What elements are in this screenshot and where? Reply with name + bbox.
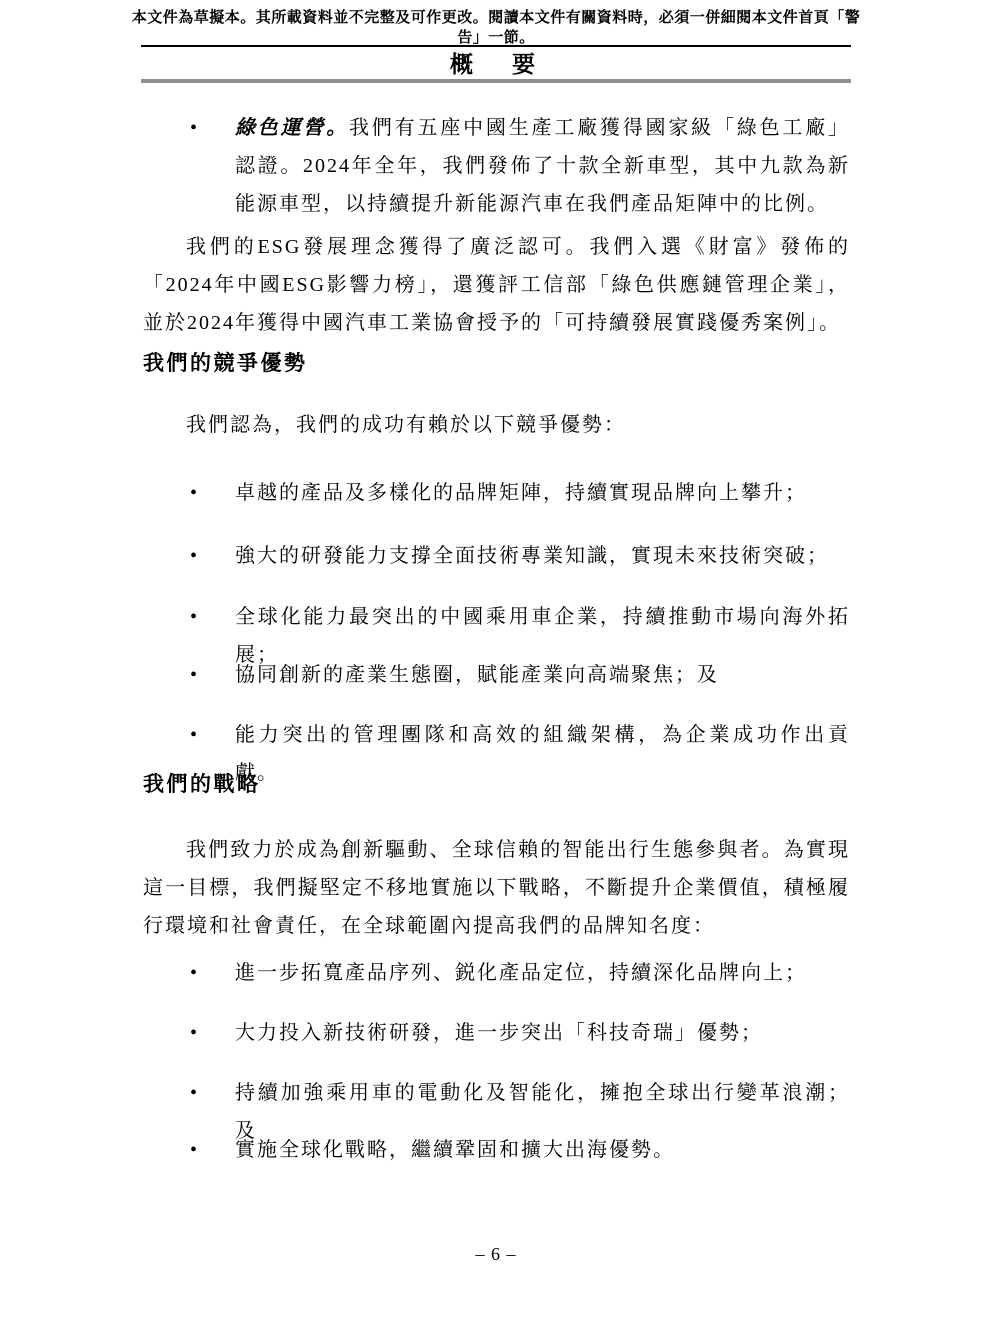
list-item-strategy-1: •進一步拓寬產品序列、鋭化產品定位，持續深化品牌向上； — [143, 954, 850, 992]
bullet-text-advantage-4: 協同創新的產業生態圈，賦能產業向高端聚焦；及 — [235, 664, 719, 686]
bullet-icon: • — [190, 109, 197, 147]
list-item-advantage-2: •強大的研發能力支撐全面技術專業知識，實現未來技術突破； — [143, 537, 850, 575]
bullet-icon: • — [190, 1014, 197, 1052]
bullet-icon: • — [190, 1074, 197, 1112]
bullet-icon: • — [190, 474, 197, 512]
list-item-advantage-1: •卓越的產品及多樣化的品牌矩陣，持續實現品牌向上攀升； — [143, 474, 850, 512]
strategy-intro-paragraph: 我們致力於成為創新驅動、全球信賴的智能出行生態參與者。為實現這一目標，我們擬堅定… — [143, 831, 850, 945]
header-rule-top — [141, 45, 851, 47]
page-title: 概 要 — [143, 51, 850, 78]
bullet-icon: • — [190, 1131, 197, 1169]
section-heading-advantages: 我們的競爭優勢 — [143, 350, 850, 377]
bullet-text-strategy-1: 進一步拓寬產品序列、鋭化產品定位，持續深化品牌向上； — [235, 962, 807, 984]
bullet-icon: • — [190, 716, 197, 754]
esg-paragraph: 我們的ESG發展理念獲得了廣泛認可。我們入選《財富》發佈的「2024年中國ESG… — [143, 228, 850, 342]
header-rule-bottom — [141, 79, 851, 83]
page-number: – 6 – — [0, 1243, 992, 1265]
document-page: 本文件為草擬本。其所載資料並不完整及可作更改。閱讀本文件有關資料時，必須一併細閱… — [0, 0, 992, 1323]
bullet-lead-green-operations: 綠色運營。 — [235, 117, 349, 139]
list-item-advantage-4: •協同創新的產業生態圈，賦能產業向高端聚焦；及 — [143, 656, 850, 694]
list-item-strategy-2: •大力投入新技術研發，進一步突出「科技奇瑞」優勢； — [143, 1014, 850, 1052]
bullet-icon: • — [190, 537, 197, 575]
list-item-green-operations: •綠色運營。我們有五座中國生產工廠獲得國家級「綠色工廠」認證。2024年全年，我… — [143, 109, 850, 223]
section-heading-strategy: 我們的戰略 — [143, 771, 850, 798]
bullet-icon: • — [190, 656, 197, 694]
bullet-icon: • — [190, 598, 197, 636]
bullet-text-advantage-1: 卓越的產品及多樣化的品牌矩陣，持續實現品牌向上攀升； — [235, 482, 807, 504]
draft-disclaimer: 本文件為草擬本。其所載資料並不完整及可作更改。閱讀本文件有關資料時，必須一併細閱… — [120, 8, 872, 48]
bullet-text-strategy-4: 實施全球化戰略，繼續鞏固和擴大出海優勢。 — [235, 1139, 675, 1161]
bullet-icon: • — [190, 954, 197, 992]
bullet-text-strategy-2: 大力投入新技術研發，進一步突出「科技奇瑞」優勢； — [235, 1022, 763, 1044]
list-item-strategy-4: •實施全球化戰略，繼續鞏固和擴大出海優勢。 — [143, 1131, 850, 1169]
advantages-intro-paragraph: 我們認為，我們的成功有賴於以下競爭優勢： — [143, 406, 850, 444]
bullet-text-advantage-2: 強大的研發能力支撐全面技術專業知識，實現未來技術突破； — [235, 545, 829, 567]
